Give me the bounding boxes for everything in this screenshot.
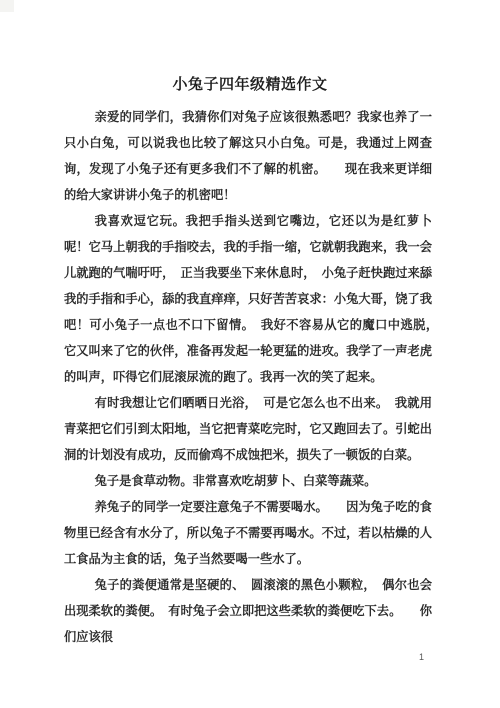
paragraph-playing: 我喜欢逗它玩。我把手指头送到它嘴边，它还以为是红萝卜呢！它马上朝我的手指咬去，我…: [64, 208, 432, 390]
document-title: 小兔子四年级精选作文: [0, 0, 500, 94]
paragraph-water: 养兔子的同学一定要注意兔子不需要喝水。 因为兔子吃的食物里已经含有水分了，所以兔…: [64, 494, 432, 572]
paragraph-intro: 亲爱的同学们，我猜你们对兔子应该很熟悉吧？我家也养了一只小白兔，可以说我也比较了…: [64, 104, 432, 208]
paragraph-droppings: 兔子的粪便通常是坚硬的、 圆滚滚的黑色小颗粒， 偶尔也会出现柔软的粪便。 有时兔…: [64, 572, 432, 650]
document-page: 小兔子四年级精选作文 亲爱的同学们，我猜你们对兔子应该很熟悉吧？我家也养了一只小…: [0, 0, 500, 708]
page-number: 1: [419, 652, 424, 662]
paragraph-herbivore: 兔子是食草动物。非常喜欢吃胡萝卜、白菜等蔬菜。: [64, 468, 432, 494]
document-body: 亲爱的同学们，我猜你们对兔子应该很熟悉吧？我家也养了一只小白兔，可以说我也比较了…: [64, 104, 432, 650]
scan-artifact: [0, 0, 14, 12]
paragraph-sunbath: 有时我想让它们晒晒日光浴， 可是它怎么也不出来。 我就用青菜把它们引到太阳地，当…: [64, 390, 432, 468]
